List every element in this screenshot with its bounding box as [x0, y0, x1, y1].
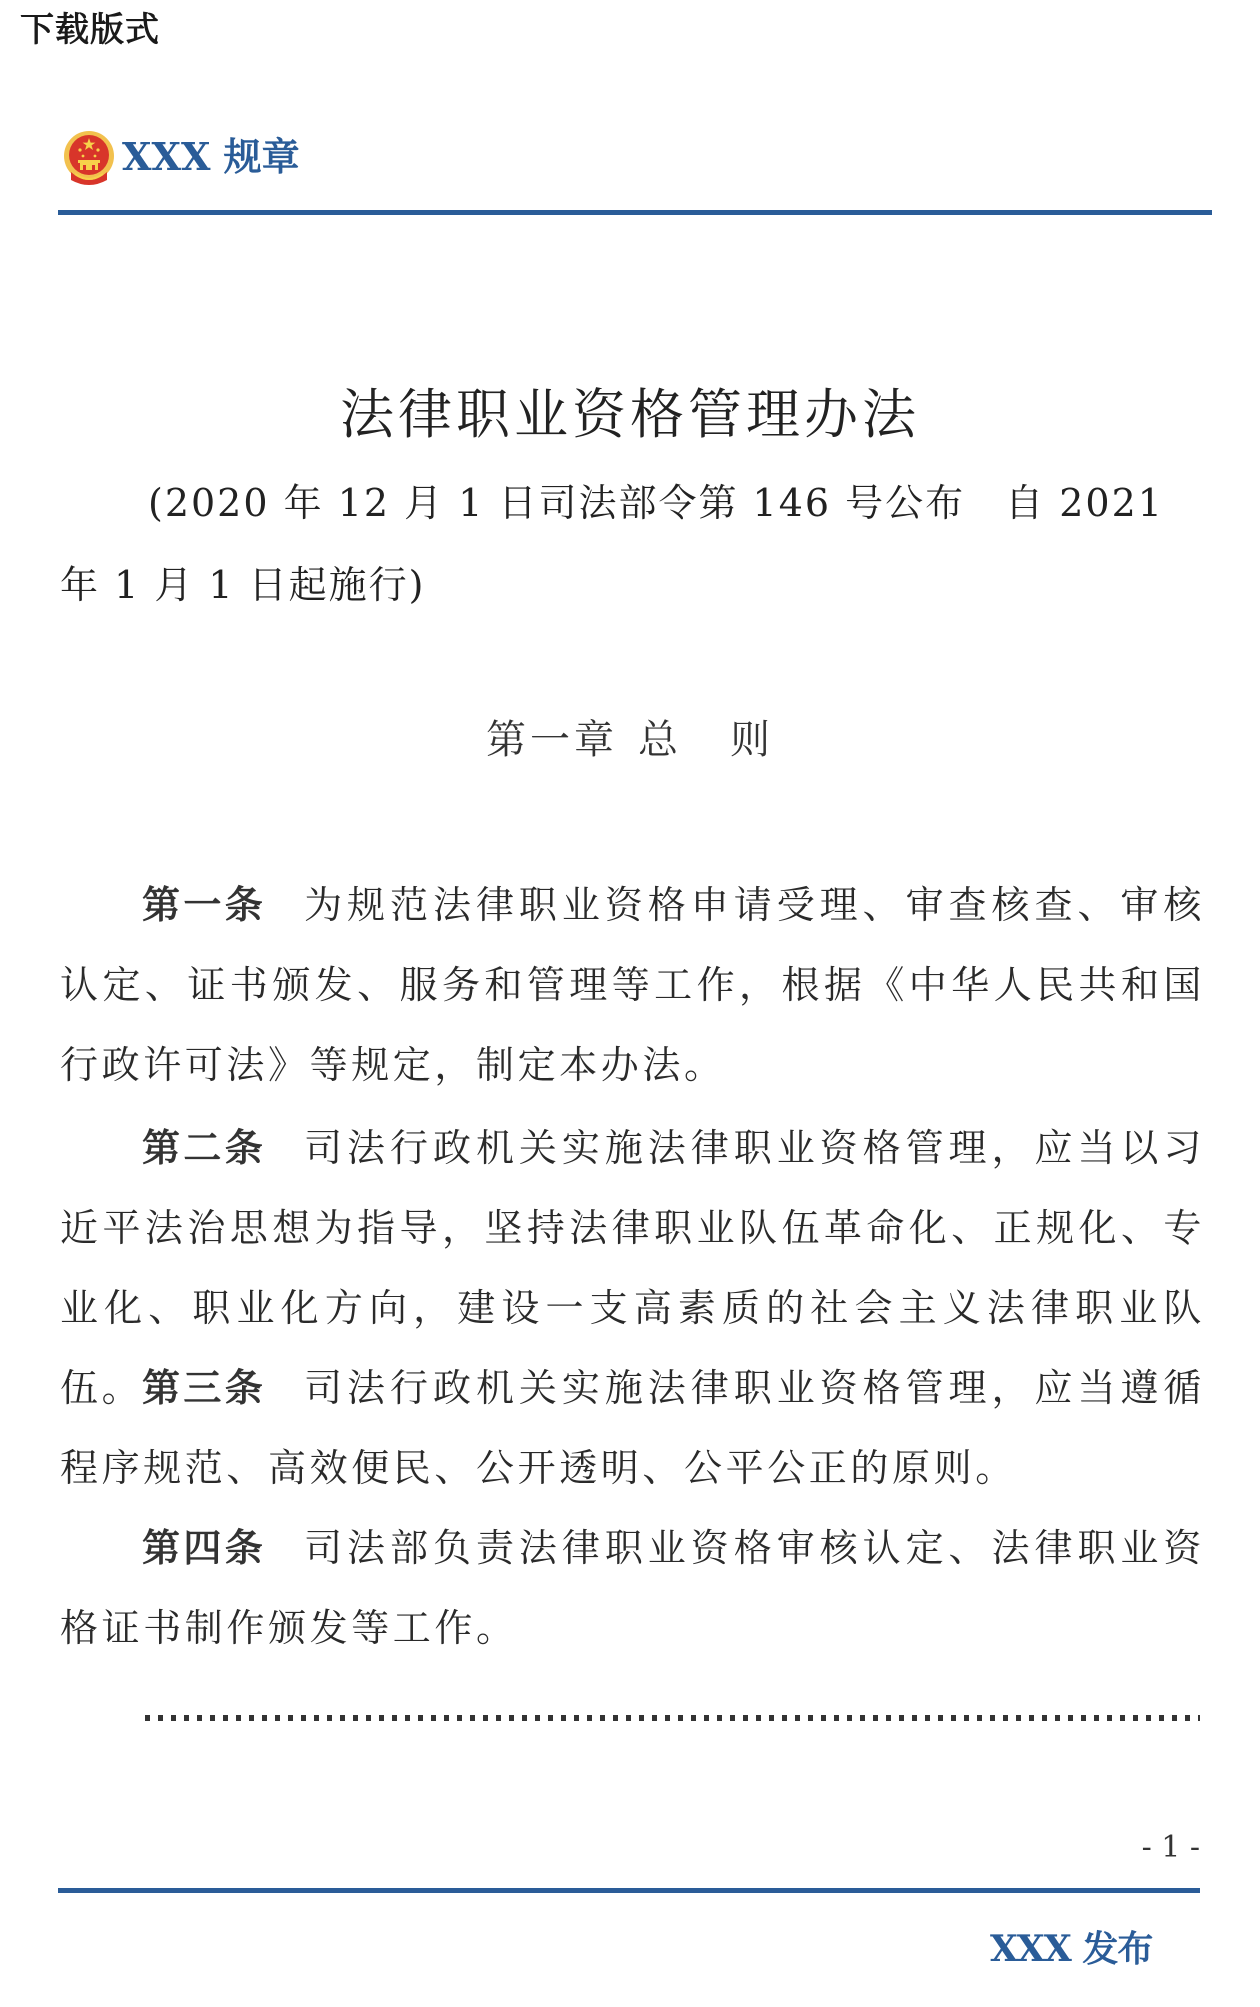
chapter-heading: 第一章总则 [0, 712, 1260, 768]
brand-title: XXX 规章 [122, 132, 300, 182]
footer-divider [58, 1888, 1200, 1893]
document-subtitle: (2020 年 12 月 1 日司法部令第 146 号公布 自 2021 年 1… [60, 462, 1205, 626]
continuation-ellipsis [145, 1715, 1200, 1721]
article-4: 第四条司法部负责法律职业资格审核认定、法律职业资格证书制作颁发等工作。 [60, 1508, 1205, 1668]
article-number: 第四条 [142, 1526, 266, 1570]
article-number: 第二条 [142, 1126, 266, 1170]
article-1: 第一条为规范法律职业资格申请受理、审查核查、审核认定、证书颁发、服务和管理等工作… [60, 865, 1205, 1105]
document-title: 法律职业资格管理办法 [0, 380, 1260, 450]
footer-publisher: XXX 发布 [990, 1925, 1152, 1973]
article-number: 第一条 [142, 883, 266, 927]
page-number: - 1 - [1100, 1826, 1200, 1870]
national-emblem-icon [63, 130, 115, 186]
chapter-name-part1: 总 [638, 717, 682, 763]
chapter-name-part2: 则 [730, 717, 774, 763]
article-number: 第三条 [142, 1366, 266, 1410]
header-divider [58, 210, 1212, 215]
chapter-number: 第一章 [486, 717, 618, 763]
download-format-label: 下载版式 [20, 8, 160, 52]
article-3: 第三条司法行政机关实施法律职业资格管理，应当遵循程序规范、高效便民、公开透明、公… [60, 1348, 1205, 1508]
